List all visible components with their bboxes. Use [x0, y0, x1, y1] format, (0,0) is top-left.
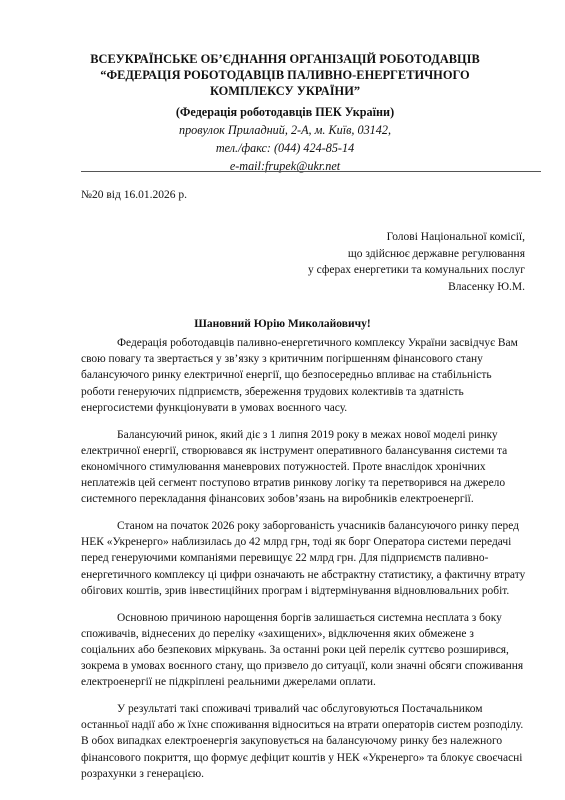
text-line: Балансуючий ринок, який діє з 1 липня 20… — [81, 427, 539, 443]
addressee-block: Голові Національної комісії, що здійснює… — [308, 229, 525, 295]
text-line: В обох випадках електроенергія закуповує… — [81, 733, 539, 749]
text-line: соціальних або безпекових міркувань. За … — [81, 642, 539, 658]
letterhead: ВСЕУКРАЇНСЬКЕ ОБ’ЄДНАННЯ ОРГАНІЗАЦІЙ РОБ… — [60, 51, 510, 175]
org-phone: тел./факс: (044) 424-85-14 — [60, 139, 510, 157]
text-line: останньої надії або ж їхнє споживання ві… — [81, 717, 539, 733]
text-line: споживачів, віднесених до переліку «захи… — [81, 626, 539, 642]
text-line: неплатежів цей сегмент поступово втратив… — [81, 475, 539, 491]
addressee-line: що здійснює державне регулювання — [308, 246, 525, 263]
text-line: системного перекладання фінансових зобов… — [81, 491, 539, 507]
text-line: розрахунки з генерацією. — [81, 766, 539, 782]
text-line: Станом на початок 2026 року заборгованіс… — [81, 518, 539, 534]
letter-body: Федерація роботодавців паливно-енергетич… — [81, 335, 539, 793]
addressee-line: Голові Національної комісії, — [308, 229, 525, 246]
text-line: економічного стимулювання маневрових пот… — [81, 459, 539, 475]
paragraph-2: Балансуючий ринок, який діє з 1 липня 20… — [81, 427, 539, 508]
text-line: енергетичного комплексу ці цифри означаю… — [81, 567, 539, 583]
text-line: свою повагу та звертається у зв’язку з к… — [81, 351, 539, 367]
text-line: У результаті такі споживачі тривалий час… — [81, 701, 539, 717]
text-line: обігових коштів, зрив інвестиційних прог… — [81, 583, 539, 599]
org-email: e-mail:frupek@ukr.net — [60, 157, 510, 175]
addressee-name: Власенку Ю.М. — [308, 279, 525, 296]
letter-page: ВСЕУКРАЇНСЬКЕ ОБ’ЄДНАННЯ ОРГАНІЗАЦІЙ РОБ… — [0, 0, 565, 800]
document-number: №20 від 16.01.2026 р. — [81, 188, 187, 202]
text-line: електроенергії не підкріплені реальними … — [81, 674, 539, 690]
text-line: Федерація роботодавців паливно-енергетич… — [81, 335, 539, 351]
letterhead-divider — [81, 171, 541, 172]
text-line: балансуючого ринку електричної енергії, … — [81, 367, 539, 383]
paragraph-4: Основною причиною нарощення боргів залиш… — [81, 610, 539, 691]
text-line: роботи генеруючих підприємств, збереженн… — [81, 384, 539, 400]
salutation: Шановний Юрію Миколайовичу! — [0, 317, 565, 331]
org-name-line-2: “ФЕДЕРАЦІЯ РОБОТОДАВЦІВ ПАЛИВНО-ЕНЕРГЕТИ… — [60, 67, 510, 83]
text-line: Основною причиною нарощення боргів залиш… — [81, 610, 539, 626]
org-name-line-1: ВСЕУКРАЇНСЬКЕ ОБ’ЄДНАННЯ ОРГАНІЗАЦІЙ РОБ… — [60, 51, 510, 67]
text-line: зокрема в умовах воєнного стану, що приз… — [81, 658, 539, 674]
paragraph-3: Станом на початок 2026 року заборгованіс… — [81, 518, 539, 599]
text-line: перед генеруючими компаніями перевищує 2… — [81, 550, 539, 566]
org-short-name: (Федерація роботодавців ПЕК України) — [60, 103, 510, 121]
text-line: електричної енергії, створювався як інст… — [81, 443, 539, 459]
paragraph-1: Федерація роботодавців паливно-енергетич… — [81, 335, 539, 416]
org-name-line-3: КОМПЛЕКСУ УКРАЇНИ” — [60, 83, 510, 99]
org-address: провулок Приладний, 2-А, м. Київ, 03142, — [60, 121, 510, 139]
text-line: фінансового покриття, що формує дефіцит … — [81, 750, 539, 766]
text-line: енергосистеми функціонувати в умовах воє… — [81, 400, 539, 416]
addressee-line: у сферах енергетики та комунальних послу… — [308, 262, 525, 279]
paragraph-5: У результаті такі споживачі тривалий час… — [81, 701, 539, 782]
text-line: НЕК «Укренерго» наблизилась до 42 млрд г… — [81, 534, 539, 550]
